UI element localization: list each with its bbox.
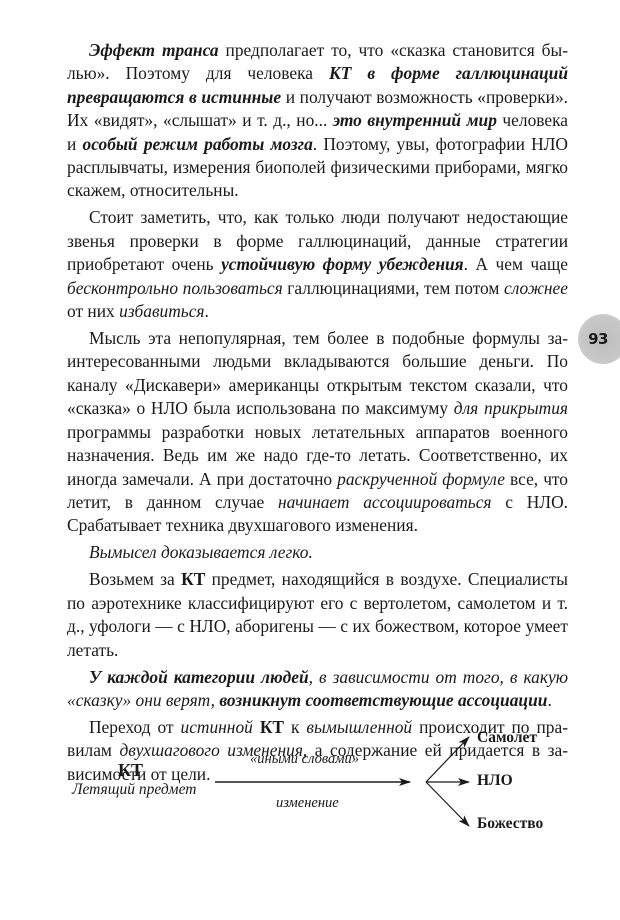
two-step-change-diagram: КТ Летящий предмет «иными словами» измен…	[0, 0, 620, 920]
diagram-source-subtitle: Летящий предмет	[72, 781, 196, 799]
diagram-output-deity: Божество	[477, 815, 543, 833]
arrow-label-top: «иными словами»	[250, 751, 359, 768]
branch-arrows-icon	[426, 737, 469, 826]
diagram-output-ufo: НЛО	[477, 772, 513, 790]
arrow-label-bottom: изменение	[276, 795, 339, 812]
diagram-source-title: КТ	[118, 760, 143, 781]
diagram-output-airplane: Самолет	[477, 729, 537, 747]
